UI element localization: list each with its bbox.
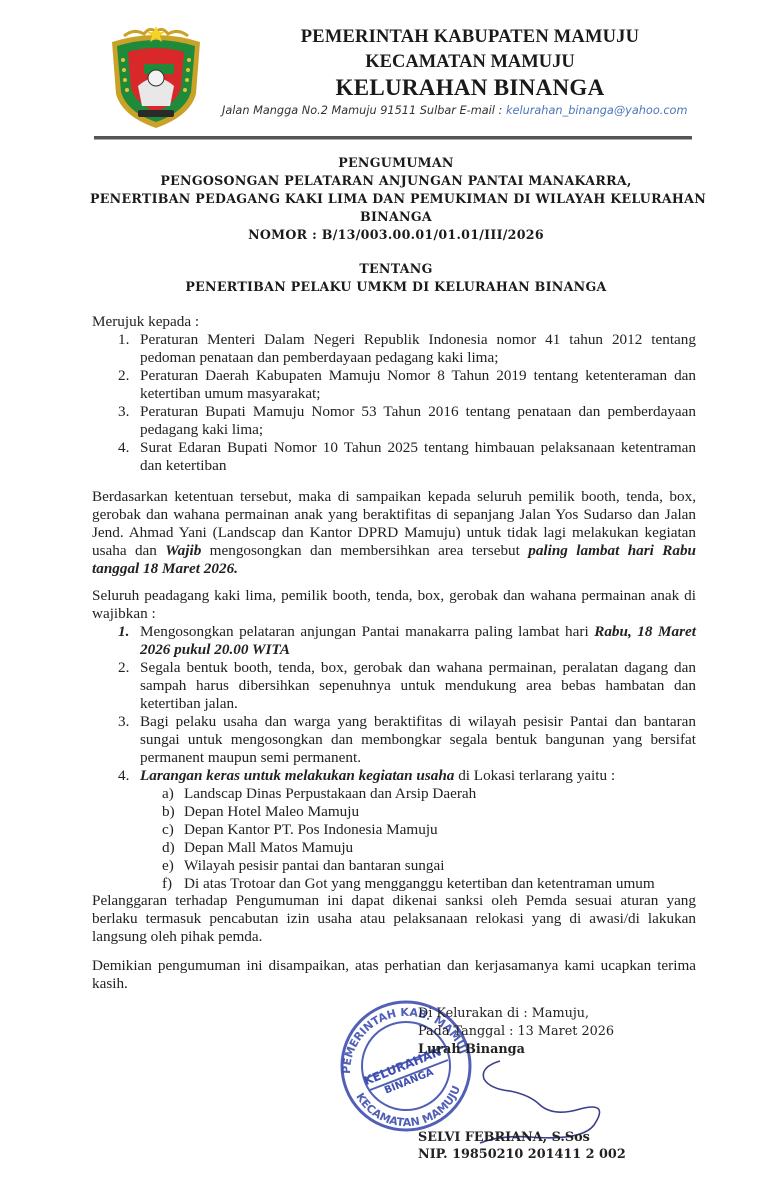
obligation-text: di Lokasi terlarang yaitu : [454,767,615,784]
email-link[interactable]: kelurahan_binanga@yahoo.com [506,104,688,117]
location-label: f) [162,875,172,893]
regency-crest-logo-icon [104,24,208,130]
obligations-intro: Seluruh peadagang kaki lima, pemilik boo… [92,587,696,623]
obligation-item: Bagi pelaku usaha dan warga yang berakti… [140,713,696,767]
obligation-item: Segala bentuk booth, tenda, box, gerobak… [140,659,696,713]
reference-number: 1. [118,331,129,349]
letterhead-address: Jalan Mangga No.2 Mamuju 91511 Sulbar E-… [222,104,687,117]
subject-line-1: PENGOSONGAN PELATARAN ANJUNGAN PANTAI MA… [90,173,702,188]
location-item: Landscap Dinas Perpustakaan dan Arsip Da… [184,785,476,803]
letterhead-village: KELURAHAN BINANGA [210,75,730,101]
location-item: Depan Mall Matos Mamuju [184,839,353,857]
subject-line-3: BINANGA [90,209,702,224]
location-item: Depan Kantor PT. Pos Indonesia Mamuju [184,821,438,839]
signing-place: Di Kelurakan di : Mamuju, [418,1006,589,1021]
letterhead-divider [94,136,692,139]
subject-line-2: PENERTIBAN PEDAGANG KAKI LIMA DAN PEMUKI… [90,191,702,206]
about-subject: PENERTIBAN PELAKU UMKM DI KELURAHAN BINA… [90,279,702,294]
wajib-emphasis: Wajib [165,542,201,559]
reference-item: Peraturan Bupati Mamuju Nomor 53 Tahun 2… [140,403,696,439]
address-text: Jalan Mangga No.2 Mamuju 91511 Sulbar E-… [222,104,506,117]
location-item: Di atas Trotoar dan Got yang mengganggu … [184,875,655,893]
reference-item: Peraturan Daerah Kabupaten Mamuju Nomor … [140,367,696,403]
signer-nip: NIP. 19850210 201411 2 002 [418,1147,626,1162]
reference-number: 2. [118,367,129,385]
reference-number: 3. [118,403,129,421]
sanctions-paragraph: Pelanggaran terhadap Pengumuman ini dapa… [92,892,696,946]
announcement-heading: PENGUMUMAN [90,155,702,170]
letterhead-government: PEMERINTAH KABUPATEN MAMUJU [210,27,730,48]
signing-date: Pada Tanggal : 13 Maret 2026 [418,1024,614,1039]
obligation-item: Mengosongkan pelataran anjungan Pantai m… [140,623,696,659]
obligation-item: Larangan keras untuk melakukan kegiatan … [140,767,696,785]
reference-number: 4. [118,439,129,457]
location-label: d) [162,839,175,857]
obligation-text: Mengosongkan pelataran anjungan Pantai m… [140,623,594,640]
closing-paragraph: Demikian pengumuman ini disampaikan, ata… [92,957,696,993]
signer-position: Lurah Binanga [418,1042,525,1057]
location-item: Wilayah pesisir pantai dan bantaran sung… [184,857,444,875]
location-label: b) [162,803,175,821]
signer-name: SELVI FEBRIANA, S.Sos [418,1130,590,1145]
instruction-paragraph: Berdasarkan ketentuan tersebut, maka di … [92,488,696,578]
location-label: e) [162,857,174,875]
letterhead-district: KECAMATAN MAMUJU [210,52,730,73]
obligation-number: 4. [118,767,129,785]
prohibition-emphasis: Larangan keras untuk melakukan kegiatan … [140,767,454,784]
paragraph-text: mengosongkan dan membersihkan area terse… [201,542,528,559]
references-intro: Merujuk kepada : [92,313,199,331]
about-label: TENTANG [90,261,702,276]
document-number: NOMOR : B/13/003.00.01/01.01/III/2026 [90,227,702,242]
obligation-number: 2. [118,659,129,677]
location-label: a) [162,785,174,803]
location-label: c) [162,821,174,839]
obligation-number: 1. [118,623,129,641]
location-item: Depan Hotel Maleo Mamuju [184,803,359,821]
reference-item: Surat Edaran Bupati Nomor 10 Tahun 2025 … [140,439,696,475]
obligation-number: 3. [118,713,129,731]
reference-item: Peraturan Menteri Dalam Negeri Republik … [140,331,696,367]
